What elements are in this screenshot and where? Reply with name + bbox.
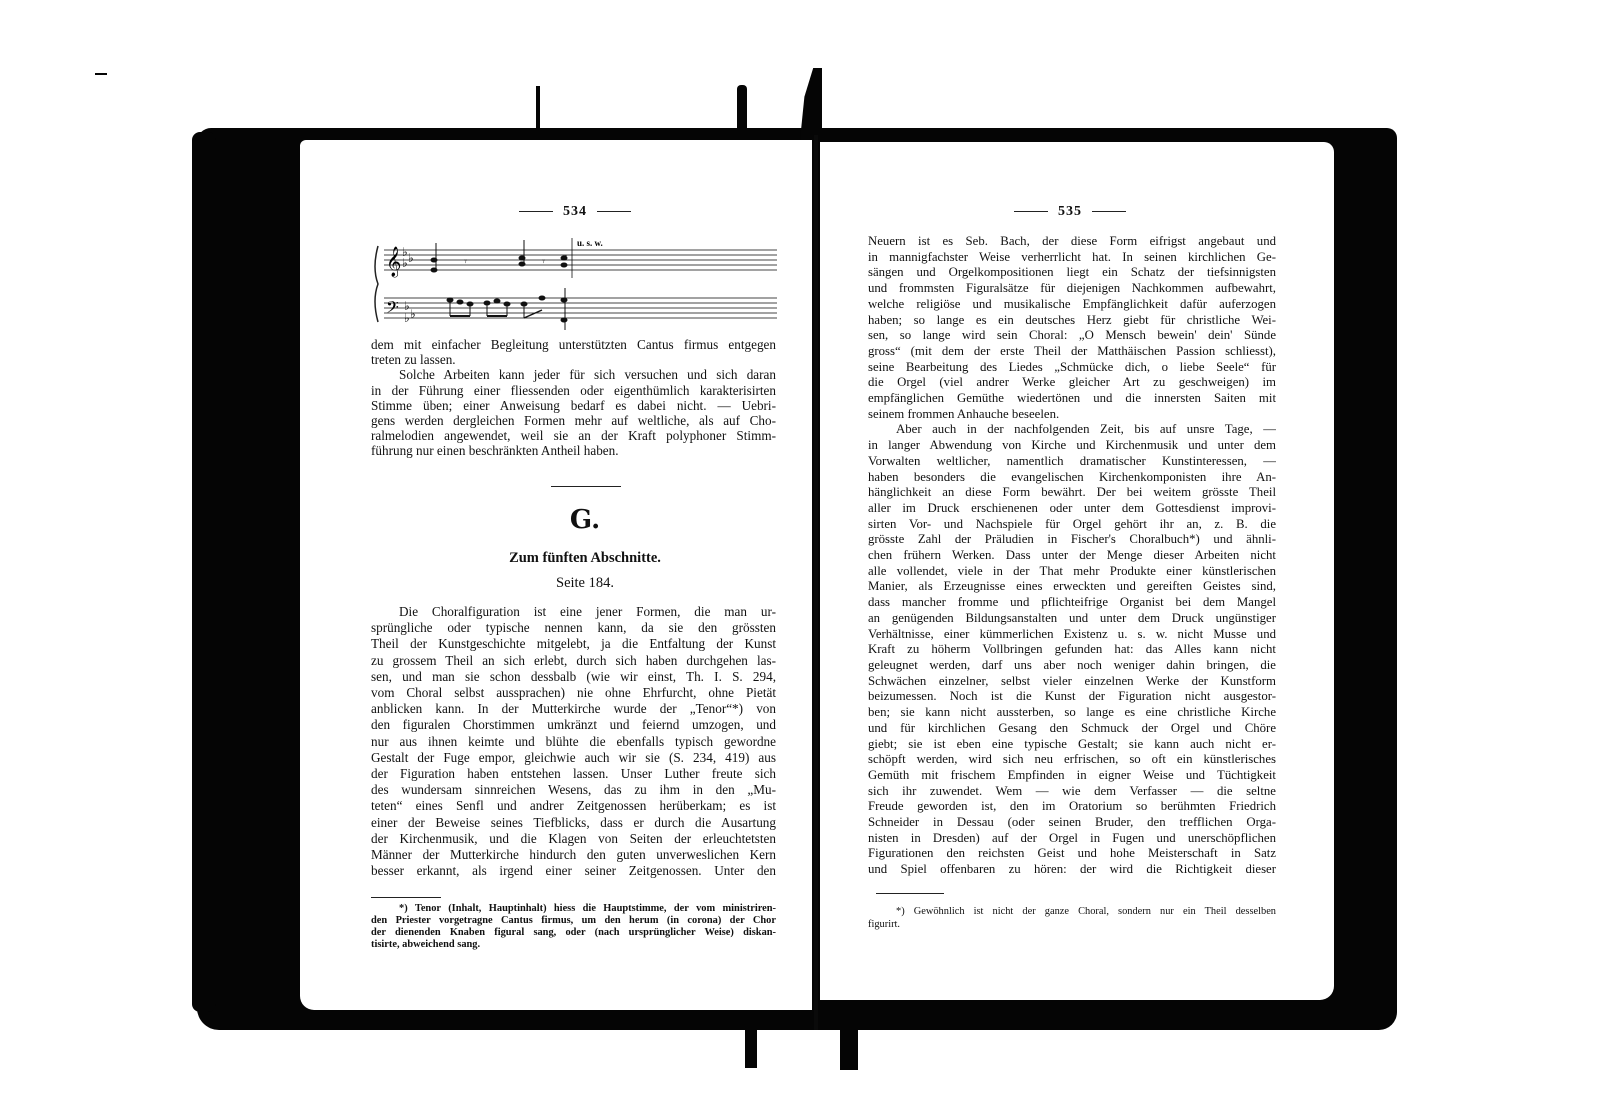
text-line: seinem frommen Anhauche beseelen. [868, 407, 1276, 423]
text-line: dem mit einfacher Begleitung unterstützt… [371, 337, 776, 352]
text-line: gross“ (mit dem der erste Theil der Matt… [868, 344, 1276, 360]
text-line: vom Choral selbst aussprachen) nie ohne … [371, 685, 776, 701]
text-line: alle vollendet, viele in der That mehr P… [868, 564, 1276, 580]
text-line: chen frühern Werken. Dass unter der Meng… [868, 548, 1276, 564]
text-line: haben besonders die evangelischen Kirche… [868, 470, 1276, 486]
footnote-line: figurirt. [868, 918, 1276, 931]
text-line: der Kirchenmusik, und die Klagen von Sei… [371, 831, 776, 847]
text-line: Gestalt der Fuge empor, gleichwie auch w… [371, 750, 776, 766]
text-line: sich ihr zuwendet. Wem — wie dem Verfass… [868, 784, 1276, 800]
right-footnote: *) Gewöhnlich ist nicht der ganze Choral… [868, 905, 1276, 931]
text-line: Schneider in Dessau (oder seinen Bruder,… [868, 815, 1276, 831]
section-subtitle: Seite 184. [500, 575, 670, 592]
text-line: teten“ eines Senfl und andrer Zeitgenoss… [371, 798, 776, 814]
text-line: Männer der Mutterkirche hindurch den gut… [371, 847, 776, 863]
text-line: giebt; sie ist eben eine typische Gestal… [868, 737, 1276, 753]
text-line: Verhältnisse, einer kümmerlichen Existen… [868, 627, 1276, 643]
text-line: Solche Arbeiten kann jeder für sich vers… [371, 367, 776, 382]
footnote-divider [876, 893, 944, 894]
text-line: den figuralen Chorstimmen umkränzt und f… [371, 717, 776, 733]
text-line: dass mancher fromme und pflichteifrige O… [868, 595, 1276, 611]
text-line: in der Führung einer fliessenden oder ei… [371, 383, 776, 398]
text-line: in langer Abwendung von Kirche und Kirch… [868, 438, 1276, 454]
text-line: die Orgel (viel andrer Werke gleicher Ar… [868, 375, 1276, 391]
text-line: ralmelodien angewendet, weil sie an der … [371, 428, 776, 443]
text-line: empfänglichen Gemüthe wiedertönen und di… [868, 391, 1276, 407]
book-gutter [814, 135, 818, 1030]
svg-text:𝄾: 𝄾 [542, 256, 545, 268]
text-line: hänglichkeit an diese Form bewährt. Der … [868, 485, 1276, 501]
text-line: beizumessen. Noch ist die Kunst der Figu… [868, 689, 1276, 705]
text-line: sprüngliche oder typische nennen kann, d… [371, 620, 776, 636]
text-line: Freude geworden ist, den im Oratorium so… [868, 799, 1276, 815]
bottom-tab [745, 1028, 757, 1068]
text-line: Neuern ist es Seb. Bach, der diese Form … [868, 234, 1276, 250]
footnote-line: tisirte, abweichend sang. [371, 939, 776, 951]
text-line: grösste Zahl der Präludien in Fischer's … [868, 532, 1276, 548]
footnote-line: *) Gewöhnlich ist nicht der ganze Choral… [868, 905, 1276, 918]
left-column: dem mit einfacher Begleitung unterstützt… [371, 337, 776, 459]
text-line: des wundersam sinnreichen Wesens, das zu… [371, 782, 776, 798]
page-tab-marker [800, 68, 822, 140]
scan-dash [95, 73, 107, 75]
text-line: Kraft zu höherm Vollbringen gefunden hat… [868, 642, 1276, 658]
text-line: besser erkannt, als irgend einer seiner … [371, 863, 776, 879]
text-line: Stimme üben; einer Anweisung bedarf es d… [371, 398, 776, 413]
section-divider [551, 486, 621, 487]
text-line: an genügenden Bildungsanstalten und unte… [868, 611, 1276, 627]
text-line: Theil der Kunstgeschichte mitgelebt, ja … [371, 636, 776, 652]
page-number-text: 535 [1058, 204, 1082, 219]
text-line: welche religiöse und musikalische Empfän… [868, 297, 1276, 313]
svg-text:♭: ♭ [410, 307, 416, 321]
text-line: treten zu lassen. [371, 352, 776, 367]
svg-text:♭: ♭ [408, 251, 414, 265]
book-edge-left [192, 132, 216, 1012]
text-line: und frommsten Figuralsätze für diejenige… [868, 281, 1276, 297]
text-line: sen, so lange wird sein Choral: „O Mensc… [868, 328, 1276, 344]
text-line: sängen und Orgelkompositionen liegt ein … [868, 265, 1276, 281]
footnote-divider [371, 897, 441, 898]
text-line: haben; so lange es ein deutsches Herz gi… [868, 313, 1276, 329]
text-line: und Spiel offenbaren zu hören: der wird … [868, 862, 1276, 878]
text-line: geleugnet werden, darf uns aber noch wen… [868, 658, 1276, 674]
text-line: in mannigfachster Weise verherrlicht hat… [868, 250, 1276, 266]
music-notation: 𝄞 𝄢 ♭♭♭ ♭♭♭ 𝄾 𝄾 u. s. w. [372, 238, 777, 334]
page-number-right: 535 [1000, 204, 1140, 220]
svg-text:♭: ♭ [402, 256, 408, 270]
svg-text:♭: ♭ [404, 311, 410, 325]
text-line: sirten Vor- und Nachspiele für Orgel geh… [868, 517, 1276, 533]
text-line: nur aus ihnen keimte und blühte die eben… [371, 734, 776, 750]
left-footnote: *) Tenor (Inhalt, Hauptinhalt) hiess die… [371, 903, 776, 951]
text-line: Figurationen den reichsten Geist und hoh… [868, 846, 1276, 862]
text-line: Vorwalten weltlicher, namentlich dramati… [868, 454, 1276, 470]
text-line: anblicken kann. In der Mutterkirche wurd… [371, 701, 776, 717]
text-line: ben; sie kann nicht aussterben, so lange… [868, 705, 1276, 721]
svg-text:𝄞: 𝄞 [386, 246, 401, 278]
footnote-line: *) Tenor (Inhalt, Hauptinhalt) hiess die… [371, 903, 776, 915]
page-number-text: 534 [563, 204, 587, 219]
page-tab-marker [536, 86, 540, 136]
text-line: Schwächen einzelner, selbst vieler einze… [868, 674, 1276, 690]
page-number-left: 534 [505, 204, 645, 220]
left-column-body: Die Choralfiguration ist eine jener Form… [371, 604, 776, 879]
text-line: Manier, als Erzeugnisse eines erweckten … [868, 579, 1276, 595]
text-line: seine Bearbeitung des Liedes „Schmücke d… [868, 360, 1276, 376]
svg-text:𝄾: 𝄾 [464, 256, 467, 268]
text-line: Gemüth mit frischem Empfinden in eigner … [868, 768, 1276, 784]
footnote-line: den Priester vorgetragne Cantus firmus, … [371, 915, 776, 927]
text-line: zu grossem Theil an sich erlebt, durch s… [371, 653, 776, 669]
text-line: der Figuration haben entstehen lassen. U… [371, 766, 776, 782]
text-line: Aber auch in der nachfolgenden Zeit, bis… [868, 422, 1276, 438]
text-line: sen, und man sie schon dessbalb (wie wir… [371, 669, 776, 685]
text-line: und für kirchlichen Gesang den Schmuck d… [868, 721, 1276, 737]
right-column: Neuern ist es Seb. Bach, der diese Form … [868, 234, 1276, 878]
text-line: aller im Druck erschienenen oder unter d… [868, 501, 1276, 517]
text-line: führung nur einen beschränkten Antheil h… [371, 443, 776, 458]
text-line: einer der Beweise seines Tiefblicks, das… [371, 815, 776, 831]
text-line: Die Choralfiguration ist eine jener Form… [371, 604, 776, 620]
section-letter: G. [500, 505, 670, 535]
text-line: schöpft werden, wird sich neu erfrischen… [868, 752, 1276, 768]
music-annotation: u. s. w. [577, 238, 603, 248]
bottom-tab [840, 1025, 858, 1070]
svg-text:𝄢: 𝄢 [386, 297, 399, 321]
page-tab-marker [737, 85, 747, 140]
text-line: nisten in Dresden) auf der Orgel in Fuge… [868, 831, 1276, 847]
text-line: gens werden dergleichen Formen mehr auf … [371, 413, 776, 428]
footnote-line: der dienenden Knaben figural sang, oder … [371, 927, 776, 939]
section-title: Zum fünften Abschnitte. [460, 550, 710, 567]
